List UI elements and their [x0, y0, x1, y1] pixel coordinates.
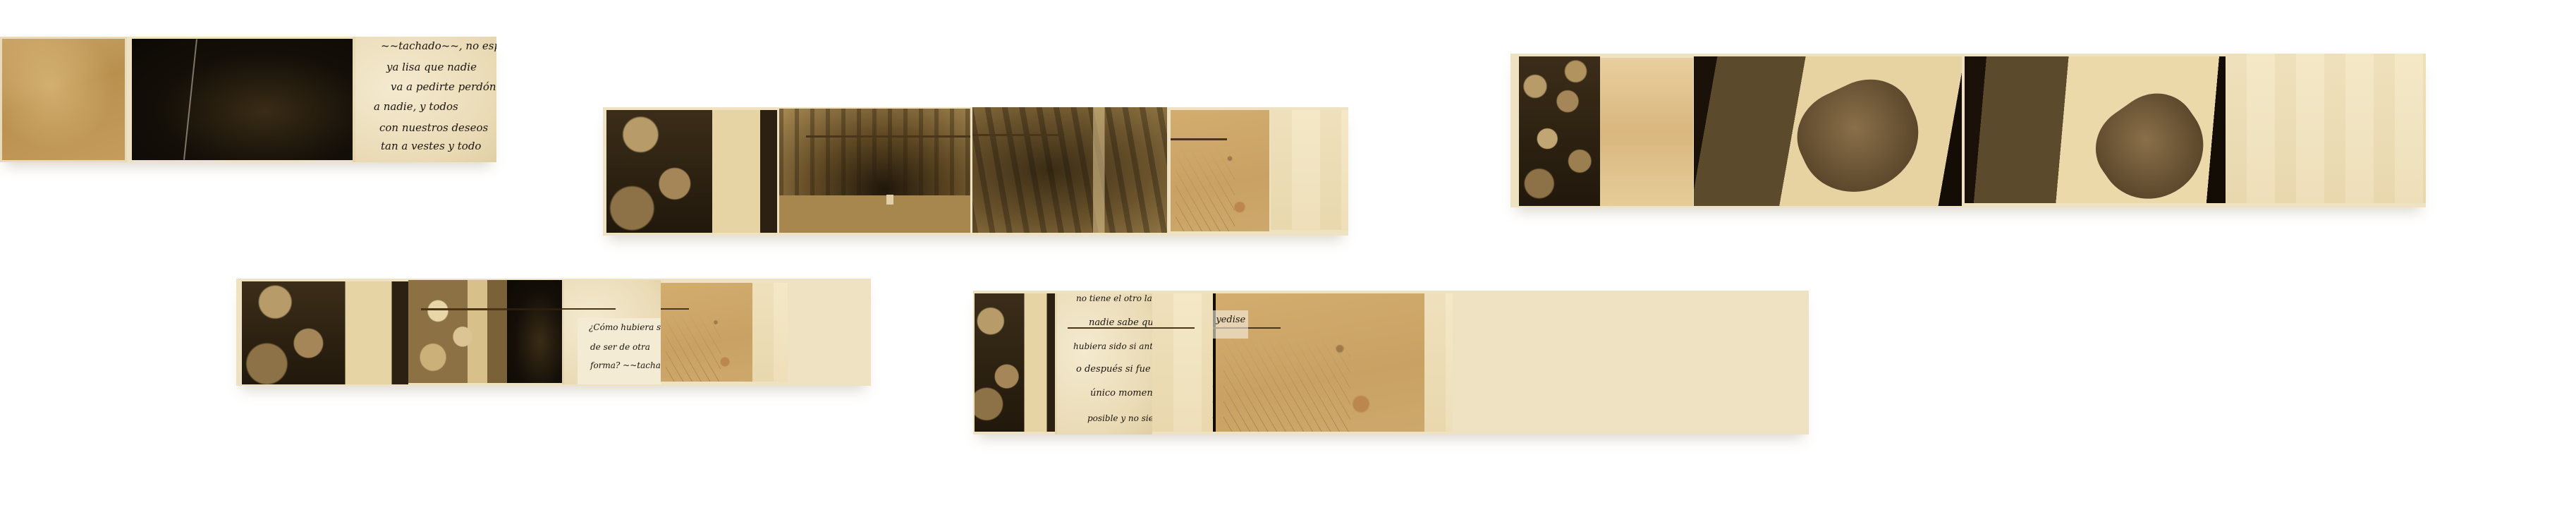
forest-clearing-chair-photo: [779, 109, 970, 233]
dark-scratched-photo: [132, 39, 353, 160]
stone-wall-door-photo: [975, 293, 1055, 432]
handwritten-note: ~~tachado~~, no esper ya lisa que nadie …: [353, 37, 496, 162]
strip-4: ¿Cómo hubiera sido de ser de otra forma?…: [236, 279, 871, 386]
blank-paper: [1424, 293, 1453, 432]
blank-paper: [1271, 110, 1348, 230]
forest-blurred-photo: [972, 107, 1167, 233]
strip-5: no tiene el otro lado, nadie sabe qué hu…: [973, 291, 1809, 434]
hand-on-dress-photo-1: [1694, 56, 1962, 206]
strip-3: [1510, 54, 2426, 207]
note-line: forma? ~~tachado~~: [590, 360, 661, 372]
blank-paper-panel: [1600, 58, 1693, 206]
dried-plant-photo: [1171, 110, 1269, 231]
stone-wall-door-photo: [606, 110, 777, 233]
blank-paper: [2226, 54, 2426, 203]
note-line: posible y no siempre: [1087, 413, 1152, 425]
blank-ochre-photo: [0, 37, 127, 162]
stone-wall-door-photo: [242, 281, 408, 384]
hand-on-dress-photo-2: [1965, 56, 2226, 203]
blurred-figure-dark-photo: [507, 280, 562, 383]
blank-paper: [752, 283, 788, 382]
note-line: va a pedirte perdón: [391, 80, 496, 95]
handwritten-card: ¿Cómo hubiera sido de ser de otra forma?…: [562, 280, 661, 384]
note-line: a nadie, y todos: [374, 100, 458, 114]
strip-2: [603, 107, 1348, 236]
strip-1: ~~tachado~~, no esper ya lisa que nadie …: [0, 37, 496, 162]
note-line: ya lisa que nadie: [386, 61, 477, 75]
note-line: tan a vestes y todo: [381, 140, 481, 154]
blurred-figure-photo: [408, 280, 507, 383]
note-line: ¿Cómo hubiera sido: [589, 322, 661, 334]
dried-plant-photo: [661, 283, 752, 382]
taped-label-plant-photo: no yedise: [1213, 293, 1424, 432]
stone-wall-photo: [1519, 56, 1600, 206]
handwritten-page: no tiene el otro lado, nadie sabe qué hu…: [1055, 293, 1152, 434]
note-line: ~~tachado~~, no esper: [381, 39, 496, 54]
note-line: único momento: [1090, 388, 1152, 400]
tape-label-text: no yedise: [1213, 315, 1245, 327]
note-line: hubiera sido si antes: [1073, 341, 1152, 353]
note-line: de ser de otra: [590, 342, 650, 353]
note-line: o después si fue el: [1076, 364, 1152, 376]
note-line: no tiene el otro lado,: [1076, 293, 1152, 305]
note-line: nadie sabe qué: [1089, 317, 1152, 329]
blank-paper: [1152, 293, 1212, 432]
note-line: con nuestros deseos: [379, 121, 488, 135]
